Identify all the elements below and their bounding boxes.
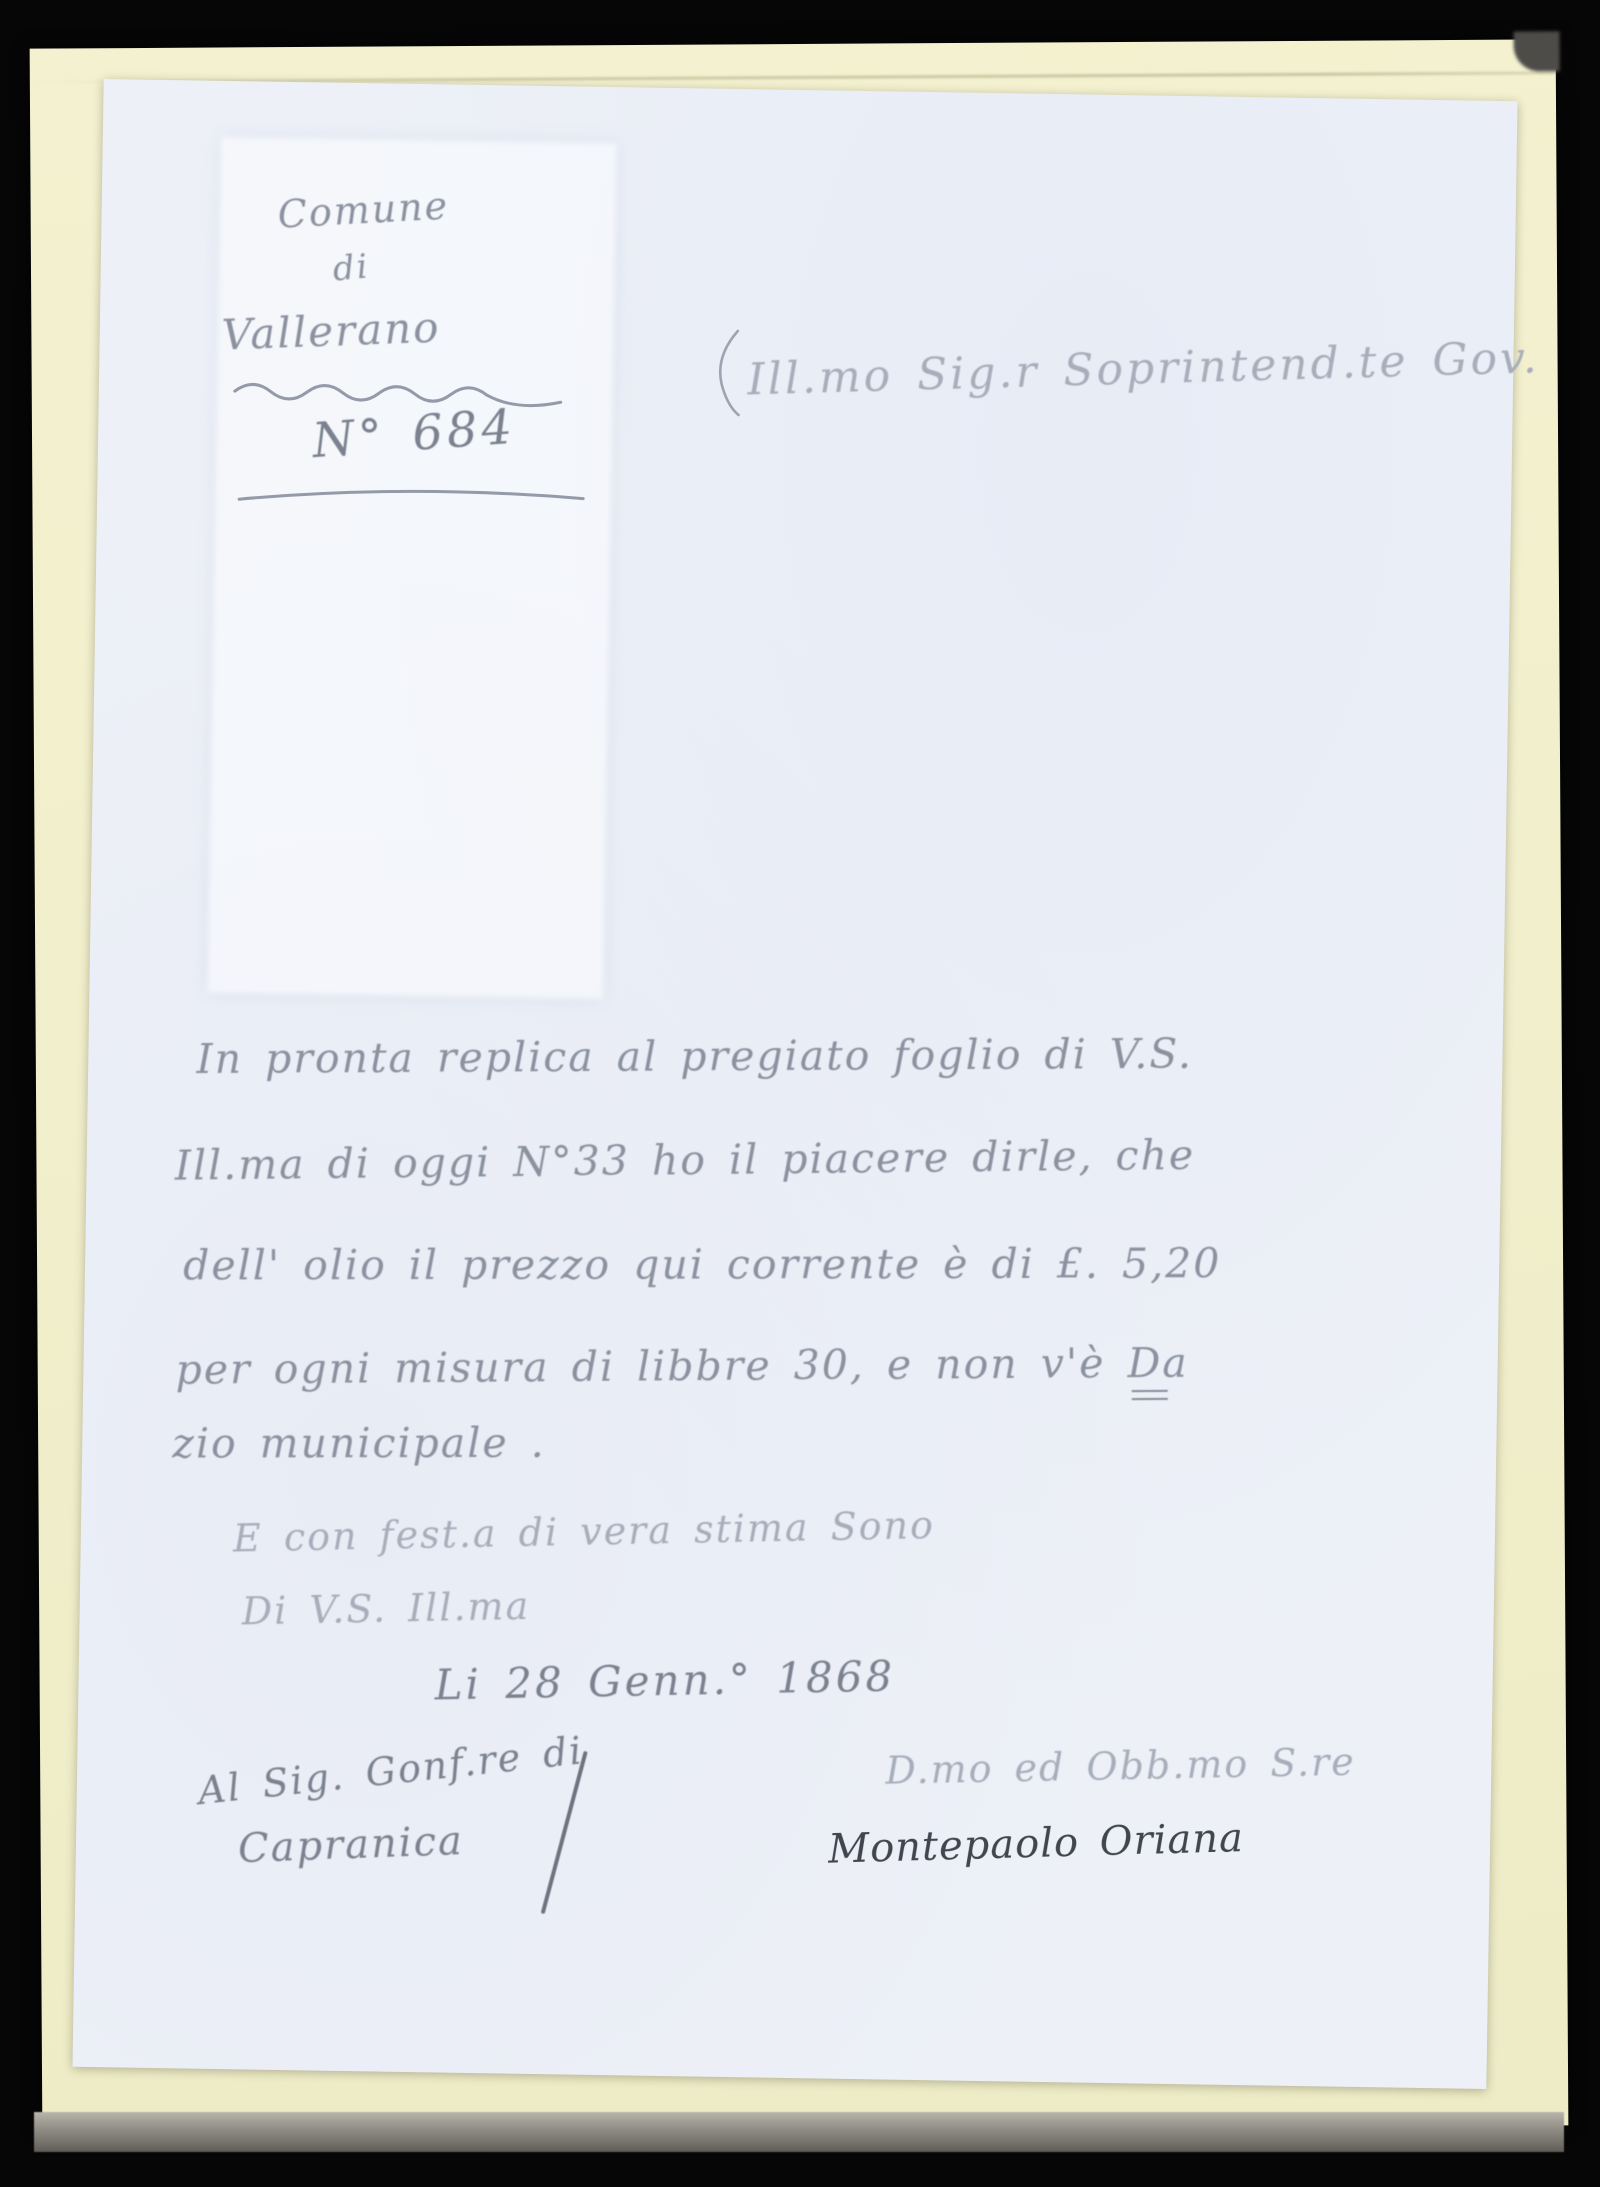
body-line-3: dell' olio il prezzo qui corrente è di £… xyxy=(183,1244,1221,1287)
body-line-4-text: per ogni misura di libbre 30, e non v'è xyxy=(175,1339,1127,1394)
commune-name-line3: Vallerano xyxy=(221,307,441,357)
body-line-2: Ill.ma di oggi N°33 ho il piacere dirle,… xyxy=(175,1135,1196,1187)
closing-line-1: E con fest.a di vera stima Sono xyxy=(233,1506,936,1557)
addressee-line: Ill.mo Sig.r Soprintend.te Gov. xyxy=(747,336,1540,402)
body-line-5: zio municipale . xyxy=(172,1423,546,1465)
signature-title-line: D.mo ed Obb.mo S.re xyxy=(885,1743,1356,1790)
footer-recipient-line-1: Al Sig. Gonf.re di xyxy=(196,1731,585,1810)
body-line-4-da: Da xyxy=(1127,1339,1189,1387)
addressee-flourish xyxy=(710,329,741,419)
body-line-1: In pronta replica al pregiato foglio di … xyxy=(196,1034,1193,1080)
body-line-4: per ogni misura di libbre 30, e non v'è … xyxy=(175,1343,1189,1391)
table-edge xyxy=(34,2112,1564,2152)
commune-name-line1: Comune xyxy=(277,187,450,234)
verso-bleed-through xyxy=(207,137,616,999)
da-double-underline xyxy=(1132,1390,1168,1400)
corner-shadow-notch xyxy=(1514,31,1560,71)
footer-recipient-line-2: Capranica xyxy=(237,1821,464,1869)
scanned-letter-page: Comune di Vallerano N° 684 Ill.mo Sig.r … xyxy=(0,0,1600,2187)
protocol-number: N° 684 xyxy=(311,403,518,465)
date-line: Li 28 Genn.° 1868 xyxy=(434,1656,895,1707)
commune-name-line2: di xyxy=(331,249,371,286)
letter-sheet: Comune di Vallerano N° 684 Ill.mo Sig.r … xyxy=(72,79,1517,2089)
closing-line-2: Di V.S. Ill.ma xyxy=(241,1587,530,1631)
signature-name-line: Montepaolo Oriana xyxy=(828,1818,1245,1870)
